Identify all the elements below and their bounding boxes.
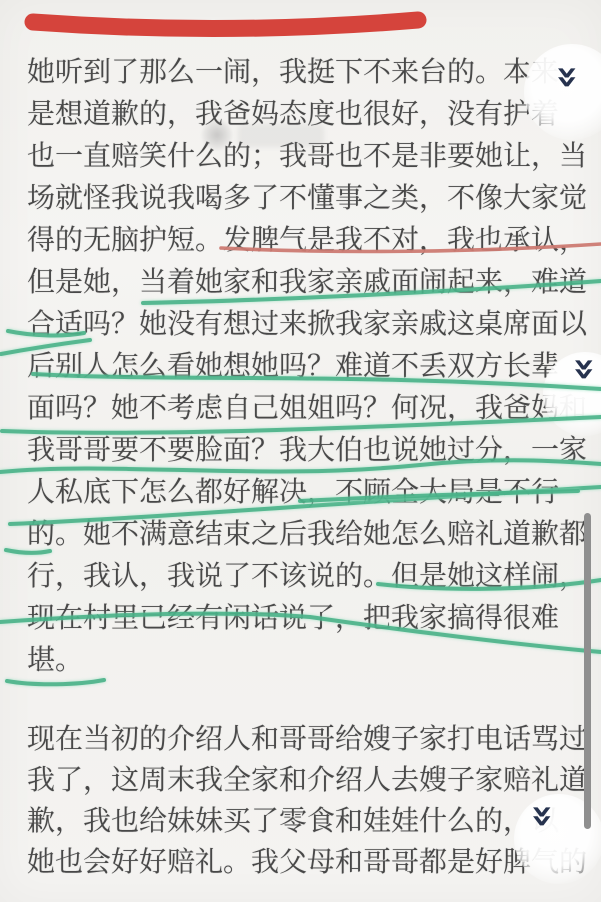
text-line: 得的无脑护短。发脾气是我不对，我也承认， — [27, 221, 587, 263]
paragraph-2: 现在当初的介绍人和哥哥给嫂子家打电话骂过我了，这周末我全家和介绍人去嫂子家赔礼道… — [27, 720, 587, 884]
text-line: 面吗？她不考虑自己姐姐吗？何况，我爸妈和 — [27, 389, 587, 431]
chevron-glyph: » — [524, 804, 562, 827]
text-line: 行，我认，我说了不该说的。但是她这样闹， — [27, 557, 587, 599]
text-line: 合适吗？她没有想过来掀我家亲戚这桌席面以 — [27, 305, 587, 347]
text-line: 场就怪我说我喝多了不懂事之类，不像大家觉 — [27, 179, 587, 221]
watermark-smudge — [238, 124, 324, 147]
text-line: 她也会好好赔礼。我父母和哥哥都是好脾气的 — [27, 843, 587, 884]
paragraph-1: 她听到了那么一闹，我挺下不来台的。本来是想道歉的，我爸妈态度也很好，没有护着也一… — [27, 53, 587, 683]
double-chevron-down-icon[interactable]: » — [521, 793, 565, 837]
text-line: 后别人怎么看她想她吗？难道不丢双方长辈 — [27, 347, 587, 389]
double-chevron-down-icon[interactable]: » — [546, 54, 590, 98]
watermark-logo-icon — [201, 119, 233, 151]
text-line: 现在当初的介绍人和哥哥给嫂子家打电话骂过 — [27, 720, 587, 761]
text-line: 她听到了那么一闹，我挺下不来台的。本来 — [27, 53, 587, 95]
post-screenshot: 她听到了那么一闹，我挺下不来台的。本来是想道歉的，我爸妈态度也很好，没有护着也一… — [0, 0, 601, 902]
text-line: 歉，我也给妹妹买了零食和娃娃什么的，以 — [27, 802, 587, 843]
scrollbar-thumb[interactable] — [584, 513, 591, 829]
double-chevron-down-icon[interactable]: » — [563, 346, 601, 390]
text-line: 堪。 — [27, 641, 587, 683]
text-line: 的。她不满意结束之后我给她怎么赔礼道歉都 — [27, 515, 587, 557]
text-line: 但是她，当着她家和我家亲戚面闹起来，难道 — [27, 263, 587, 305]
chevron-glyph: » — [566, 357, 601, 380]
text-line: 现在村里已经有闲话说了，把我家搞得很难 — [27, 599, 587, 641]
text-line: 我了，这周末我全家和介绍人去嫂子家赔礼道 — [27, 761, 587, 802]
chevron-glyph: » — [549, 65, 587, 88]
text-line: 我哥哥要不要脸面？我大伯也说她过分，一家 — [27, 431, 587, 473]
red-marker-bar — [33, 20, 418, 29]
text-line: 人私底下怎么都好解决，不顾全大局是不行 — [27, 473, 587, 515]
